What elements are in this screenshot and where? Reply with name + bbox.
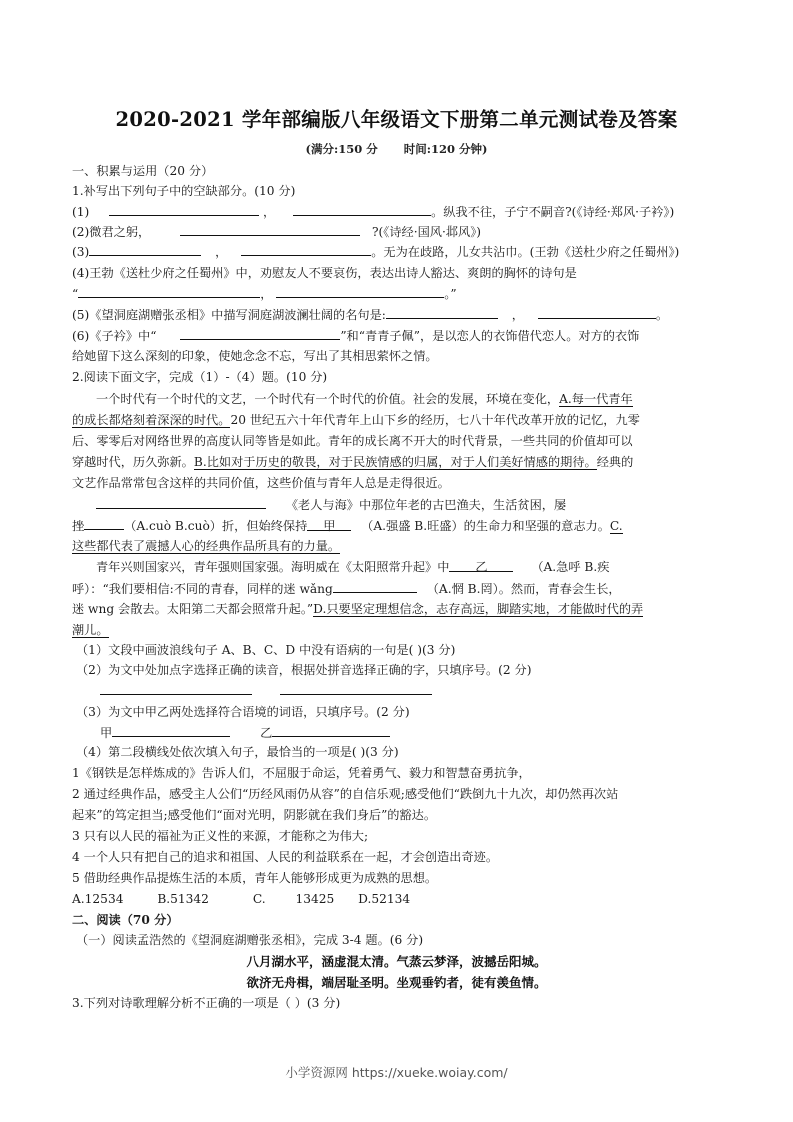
separator: ， (260, 287, 272, 301)
answer-blank[interactable] (293, 202, 431, 216)
passage-line: 迷 wng 会散去。太阳第二天都会照常升起。”D.只要坚定理想信念，志存高远，脚… (72, 600, 643, 618)
poem-line-1: 八月湖水平，涵虚混太清。气蒸云梦泽，波撼岳阳城。 (0, 952, 793, 970)
passage-text: 迷 wng 会散去。太阳第二天都会照常升起。” (72, 602, 313, 616)
yi-label: 乙 (475, 560, 487, 574)
separator: ， (512, 308, 524, 322)
answer-blank[interactable] (89, 242, 201, 256)
passage-text: 《老人与海》中那位年老的古巴渔夫，生活贫困，屡 (286, 498, 566, 512)
blank-yi[interactable]: 乙 (449, 558, 513, 572)
document-subtitle: (满分:150 分时间:120 分钟) (0, 141, 793, 157)
option-3: 3 只有以人民的福祉为正义性的来源，才能称之为伟大; (72, 827, 368, 845)
jia-label: 甲 (100, 726, 112, 740)
option-2: 2 通过经典作品，感受主人公们“历经风雨仍从容”的自信乐观;感受他们“跌倒九十九… (72, 785, 618, 803)
time-limit: 时间:120 分钟) (404, 142, 488, 156)
choice-b[interactable]: B.51342 (157, 892, 209, 906)
sentence-blank[interactable] (96, 495, 266, 509)
separator: ， (263, 205, 275, 219)
answer-blank[interactable] (241, 242, 371, 256)
passage-text: 经典的 (597, 455, 634, 469)
item-number: (1) (72, 205, 89, 219)
period: 。 (656, 308, 668, 322)
item-suffix: ?(《诗经·国风·邶风》) (372, 225, 481, 239)
item-suffix: 。纵我不往，子宁不嗣音?(《诗经·郑风·子衿》) (431, 205, 674, 219)
passage-line: 后、零零后对网络世界的高度认同等皆是如此。青年的成长离不开大的时代背景，一些共同… (72, 432, 633, 450)
passage-line: 穿越时代，历久弥新。B.比如对于历史的敬畏，对于民族情感的归属，对于人们美好情感… (72, 453, 633, 471)
sentence-b: B.比如对于历史的敬畏，对于民族情感的归属，对于人们美好情感的期待。 (194, 455, 597, 470)
subquestion-3-answers: 甲 乙 (100, 723, 390, 742)
answer-blank[interactable] (538, 305, 656, 319)
q1-stem: 1.补写出下列句子中的空缺部分。(10 分) (72, 182, 295, 200)
passage-line: 呼）：“我们要相信:不同的青春，同样的迷 wǎng （A.惘 B.罔）。然而，青… (72, 579, 621, 598)
answer-blank[interactable] (180, 222, 360, 236)
document-title: 2020-2021 学年部编版八年级语文下册第二单元测试卷及答案 (0, 104, 793, 132)
watermark-footer: 小学资源网 https://xueke.woiay.com/ (0, 1063, 793, 1081)
q1-item2: (2)微君之躬， ?(《诗经·国风·邶风》) (72, 222, 481, 241)
passage-text: （A.强盛 B.旺盛）的生命力和坚强的意志力。 (361, 519, 610, 533)
passage-line: 的成长都烙刻着深深的时代。20 世纪五六十年代青年上山下乡的经历，七八十年代改革… (72, 411, 640, 429)
option-1: 1《钢铁是怎样炼成的》告诉人们，不屈服于命运，凭着勇气、毅力和智慧奋勇抗争， (72, 764, 531, 782)
passage-line: 文艺作品常常包含这样的共同价值，这些价值与青年人总是走得很近。 (72, 474, 450, 492)
answer-blank-yi[interactable] (272, 723, 390, 737)
passage-text: 青年兴则国家兴，青年强则国家强。海明威在《太阳照常升起》中 (96, 560, 449, 574)
q1-item4: (4)王勃《送杜少府之任蜀州》中，劝慰友人不要哀伤，表达出诗人豁达、爽朗的胸怀的… (72, 264, 577, 282)
passage-line: 青年兴则国家兴，青年强则国家强。海明威在《太阳照常升起》中乙 （A.急呼 B.疾 (72, 558, 609, 576)
answer-blank[interactable] (333, 579, 417, 593)
answer-blank[interactable] (78, 284, 260, 298)
passage-text: 呼）：“我们要相信:不同的青春，同样的迷 wǎng (72, 582, 333, 596)
q1-item6-cont: 给她留下这么深刻的印象，使她念念不忘，写出了其相思萦怀之情。 (72, 347, 438, 365)
answer-blank[interactable] (276, 284, 444, 298)
passage-text: （A.cuò B.cuò）折，但始终保持 (124, 519, 307, 533)
sentence-a: 的成长都烙刻着深深的时代。 (72, 413, 230, 428)
sentence-c: C. (610, 519, 623, 534)
item-number: (3) (72, 245, 89, 259)
passage-text: （A.急呼 B.疾 (531, 560, 609, 574)
answer-blank[interactable] (280, 681, 432, 695)
sentence-d: 潮儿。 (72, 623, 109, 638)
item-suffix: 。无为在歧路，儿女共沾巾。(王勃《送杜少府之任蜀州》) (371, 245, 679, 259)
passage-text: 挫 (72, 519, 84, 533)
close-quote: 。” (444, 287, 456, 301)
choice-a[interactable]: A.12534 (72, 892, 123, 906)
jia-label: 甲 (323, 519, 335, 533)
option-4: 4 一个人只有把自己的追求和祖国、人民的利益联系在一起，才会创造出奇迹。 (72, 848, 498, 866)
passage-text: 一个时代有一个时代的文艺，一个时代有一个时代的价值。社会的发展，环境在变化， (96, 392, 559, 406)
option-2-cont: 起来”的笃定担当;感受他们“面对光明，阴影就在我们身后”的豁达。 (72, 806, 436, 824)
passage-text: （A.惘 B.罔）。然而，青春会生长， (427, 582, 621, 596)
q1-item1: (1) ， 。纵我不往，子宁不嗣音?(《诗经·郑风·子衿》) (72, 202, 674, 221)
subquestion-3: （3）为文中甲乙两处选择符合语境的词语，只填序号。(2 分) (76, 703, 410, 721)
q1-item5: (5)《望洞庭湖赠张丞相》中描写洞庭湖波澜壮阔的名句是: ， 。 (72, 305, 668, 324)
answer-blank[interactable] (84, 516, 124, 530)
passage-line: 潮儿。 (72, 621, 109, 639)
passage-text: 穿越时代，历久弥新。 (72, 455, 194, 469)
sentence-a: A.每一代青年 (559, 392, 633, 407)
item-text: (5)《望洞庭湖赠张丞相》中描写洞庭湖波澜壮阔的名句是: (72, 308, 386, 322)
answer-blank[interactable] (100, 681, 252, 695)
blank-jia[interactable]: 甲 (307, 517, 351, 531)
q2-stem: 2.阅读下面文字，完成（1）-（4）题。(10 分) (72, 368, 327, 386)
sentence-d: D.只要坚定理想信念，志存高远，脚踏实地，才能做时代的弄 (313, 602, 643, 617)
answer-blank[interactable] (180, 326, 340, 340)
option-5: 5 借助经典作品提炼生活的本质，青年人能够形成更为成熟的思想。 (72, 869, 437, 887)
section1-heading: 一、积累与运用（20 分） (72, 162, 213, 180)
choice-c[interactable]: C. (253, 892, 266, 906)
choice-c-value: 13425 (295, 892, 334, 906)
passage-line: 挫（A.cuò B.cuò）折，但始终保持甲 （A.强盛 B.旺盛）的生命力和坚… (72, 516, 623, 535)
q1-item3: (3) ， 。无为在歧路，儿女共沾巾。(王勃《送杜少府之任蜀州》) (72, 242, 679, 261)
subquestion-2: （2）为文中处加点字选择正确的读音，根据处拼音选择正确的字，只填序号。(2 分) (76, 661, 531, 679)
answer-blank[interactable] (386, 305, 498, 319)
passage-line: 一个时代有一个时代的文艺，一个时代有一个时代的价值。社会的发展，环境在变化，A.… (72, 390, 633, 408)
question-3: 3.下列对诗歌理解分析不正确的一项是（ ）(3 分) (72, 994, 340, 1012)
separator: ， (215, 245, 227, 259)
section2-heading: 二、阅读（70 分） (72, 911, 179, 929)
part1-stem: （一）阅读孟浩然的《望洞庭湖赠张丞相》，完成 3-4 题。(6 分) (76, 931, 423, 949)
item-prefix: (6)《子衿》中“ (72, 329, 156, 343)
passage-line: 《老人与海》中那位年老的古巴渔夫，生活贫困，屡 (72, 495, 566, 514)
item-suffix: ”和“青青子佩”，是以恋人的衣饰借代恋人。对方的衣饰 (340, 329, 639, 343)
passage-line: 这些都代表了震撼人心的经典作品所具有的力量。 (72, 537, 340, 555)
q1-item6: (6)《子衿》中“ ”和“青青子佩”，是以恋人的衣饰借代恋人。对方的衣饰 (72, 326, 639, 345)
subquestion-1: （1）文段中画波浪线句子 A、B、C、D 中没有语病的一句是( )(3 分) (76, 641, 455, 659)
q1-item4-answer: “， 。” (72, 284, 457, 303)
choice-d[interactable]: D.52134 (358, 892, 410, 906)
answer-blank-jia[interactable] (112, 723, 230, 737)
sentence-c: 这些都代表了震撼人心的经典作品所具有的力量。 (72, 539, 340, 554)
poem-line-2: 欲济无舟楫，端居耻圣明。坐观垂钓者，徒有羡鱼情。 (0, 973, 793, 991)
exam-page: 2020-2021 学年部编版八年级语文下册第二单元测试卷及答案 (满分:150… (0, 0, 793, 1122)
answer-blank[interactable] (109, 202, 259, 216)
item-prefix: (2)微君之躬， (72, 225, 150, 239)
full-score: (满分:150 分 (306, 142, 378, 156)
answer-choices: A.12534 B.51342 C. 13425 D.52134 (72, 890, 410, 908)
subquestion-2-answers (100, 681, 432, 700)
passage-text: 20 世纪五六十年代青年上山下乡的经历，七八十年代改革开放的记忆，九零 (230, 413, 639, 427)
yi-label: 乙 (260, 726, 272, 740)
subquestion-4: （4）第二段横线处依次填入句子，最恰当的一项是( )(3 分) (76, 743, 399, 761)
